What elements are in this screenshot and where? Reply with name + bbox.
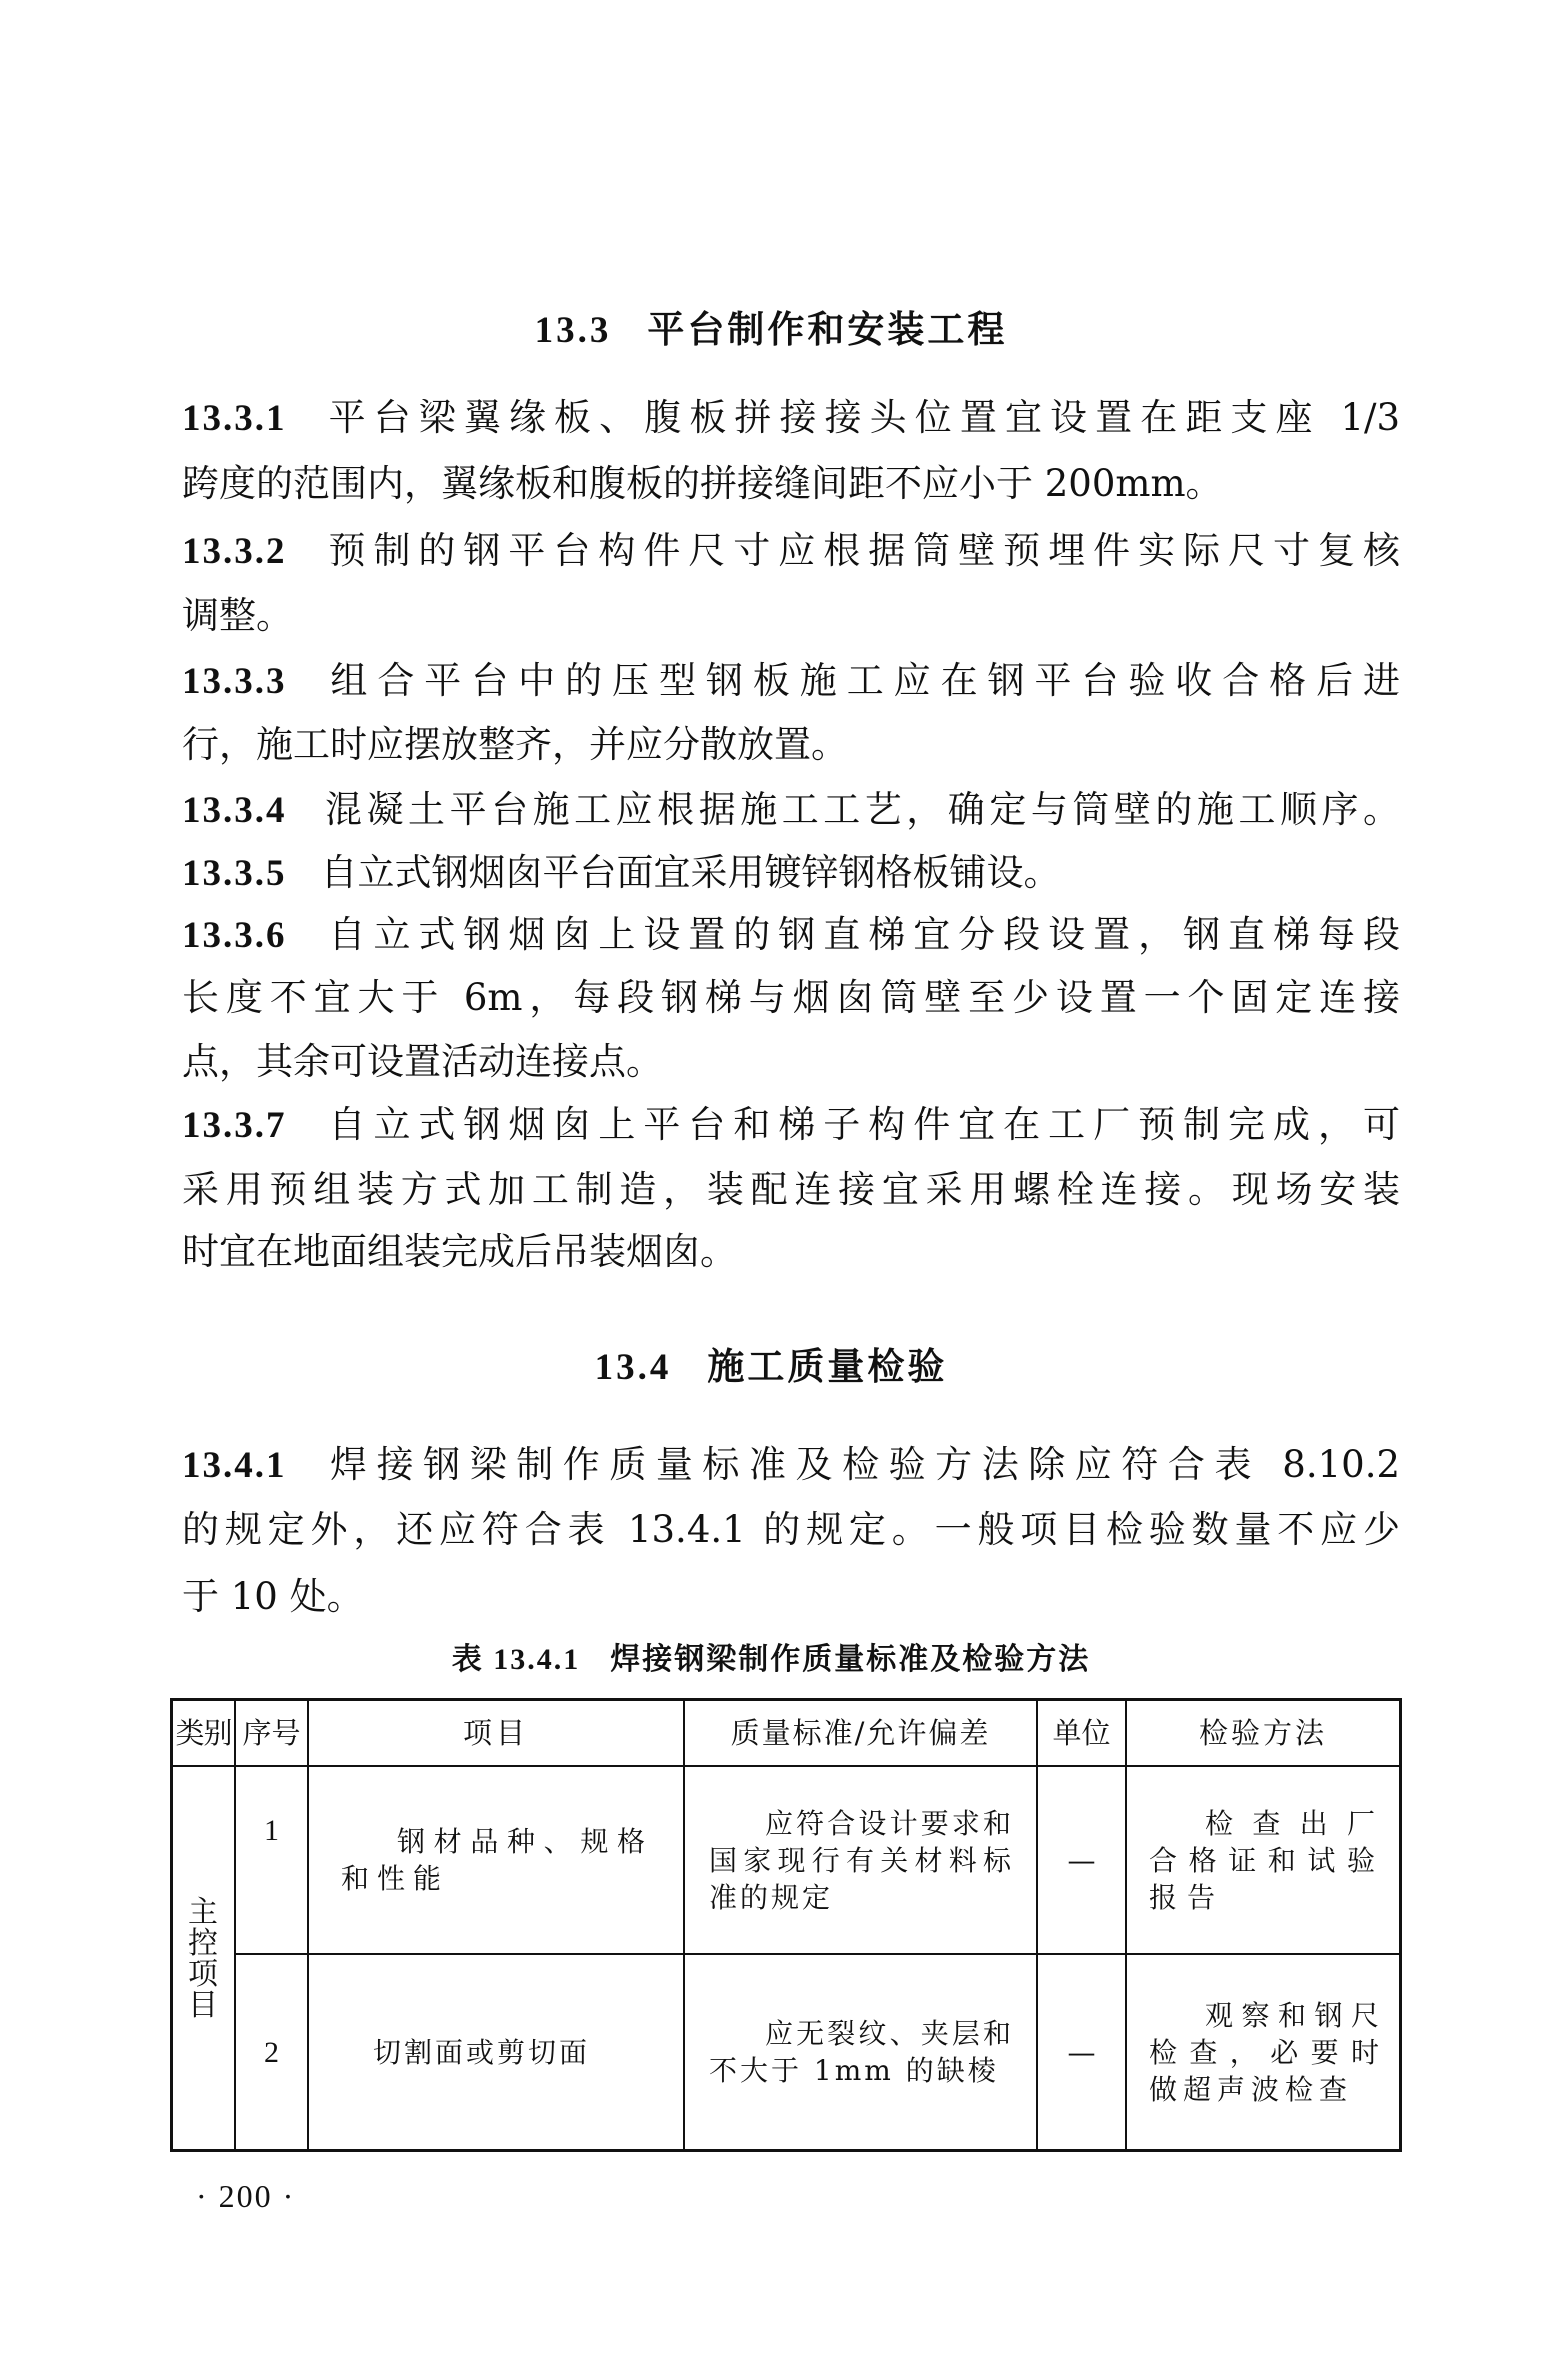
clause-13-3-3-line-2: 行，施工时应摆放整齐，并应分散放置。: [182, 720, 1400, 770]
clause-label: 13.3.4: [182, 790, 287, 831]
header-category: 类别: [173, 1701, 234, 1765]
row-2-method: 观察和钢尺检查，必要时做超声波检查: [1127, 1955, 1399, 2149]
clause-13-4-1-line-2: 的规定外，还应符合表 13.4.1 的规定。一般项目检验数量不应少: [182, 1505, 1400, 1555]
clause-13-3-6-line-1: 13.3.6自立式钢烟囱上设置的钢直梯宜分段设置，钢直梯每段: [182, 910, 1400, 960]
clause-label: 13.3.1: [182, 398, 287, 439]
row-2-standard: 应无裂纹、夹层和不大于 1mm 的缺棱: [685, 1955, 1036, 2149]
table-number: 表 13.4.1: [452, 1643, 581, 1676]
clause-13-3-6-line-3: 点，其余可设置活动连接点。: [182, 1037, 1400, 1087]
clause-13-3-2-line-1: 13.3.2预制的钢平台构件尺寸应根据筒壁预埋件实际尺寸复核: [182, 526, 1400, 576]
section-heading-13-3: 13.3平台制作和安装工程: [0, 305, 1542, 355]
row-1-method-text: 检查出厂合格证和试验报告: [1149, 1805, 1385, 1916]
clause-13-3-2-line-2: 调整。: [182, 591, 1400, 641]
quality-standard-table: 类别 序号 项目 质量标准/允许偏差 单位 检验方法 主控项目 1 钢材品种、规…: [170, 1698, 1402, 2152]
clause-13-3-7-line-3: 时宜在地面组装完成后吊装烟囱。: [182, 1227, 1400, 1277]
row-1-unit: —: [1038, 1767, 1125, 1953]
row-1-standard: 应符合设计要求和国家现行有关材料标准的规定: [685, 1767, 1036, 1953]
clause-13-3-5-line-1: 13.3.5自立式钢烟囱平台面宜采用镀锌钢格板铺设。: [182, 848, 1400, 898]
clause-13-3-3-line-1: 13.3.3组合平台中的压型钢板施工应在钢平台验收合格后进: [182, 656, 1400, 706]
table-caption: 表 13.4.1焊接钢梁制作质量标准及检验方法: [0, 1640, 1542, 1680]
clause-text: 自立式钢烟囱上设置的钢直梯宜分段设置，钢直梯每段: [321, 913, 1401, 956]
clause-13-3-7-line-2: 采用预组装方式加工制造，装配连接宜采用螺栓连接。现场安装: [182, 1165, 1400, 1215]
clause-text: 焊接钢梁制作质量标准及检验方法除应符合表 8.10.2: [321, 1443, 1401, 1486]
section-title: 平台制作和安装工程: [647, 308, 1007, 351]
clause-13-4-1-line-1: 13.4.1焊接钢梁制作质量标准及检验方法除应符合表 8.10.2: [182, 1440, 1400, 1490]
clause-text: 预制的钢平台构件尺寸应根据筒壁预埋件实际尺寸复核: [321, 529, 1401, 572]
row-1-item-text: 钢材品种、规格和性能: [341, 1823, 653, 1897]
clause-13-3-4-line-1: 13.3.4混凝土平台施工应根据施工工艺，确定与筒壁的施工顺序。: [182, 785, 1400, 835]
clause-label: 13.3.6: [182, 915, 287, 956]
clause-13-4-1-line-3: 于 10 处。: [182, 1572, 1400, 1622]
row-2-method-text: 观察和钢尺检查，必要时做超声波检查: [1149, 1997, 1385, 2108]
table-title: 焊接钢梁制作质量标准及检验方法: [610, 1642, 1090, 1677]
clause-13-3-1-line-2: 跨度的范围内，翼缘板和腹板的拼接缝间距不应小于 200mm。: [182, 459, 1400, 509]
clause-text: 平台梁翼缘板、腹板拼接接头位置宜设置在距支座 1/3: [321, 396, 1401, 439]
clause-text: 自立式钢烟囱平台面宜采用镀锌钢格板铺设。: [321, 851, 1061, 894]
section-number: 13.3: [535, 310, 612, 351]
row-1-item: 钢材品种、规格和性能: [309, 1767, 683, 1953]
row-1-method: 检查出厂合格证和试验报告: [1127, 1767, 1399, 1953]
clause-text: 混凝土平台施工应根据施工工艺，确定与筒壁的施工顺序。: [321, 788, 1401, 831]
section-number: 13.4: [595, 1347, 672, 1388]
clause-label: 13.3.2: [182, 531, 287, 572]
page-number: · 200 ·: [196, 2176, 295, 2216]
clause-13-3-1-line-1: 13.3.1平台梁翼缘板、腹板拼接接头位置宜设置在距支座 1/3: [182, 393, 1400, 443]
row-1-standard-text: 应符合设计要求和国家现行有关材料标准的规定: [709, 1805, 1014, 1916]
clause-label: 13.3.3: [182, 661, 287, 702]
row-2-seq: 2: [236, 1955, 307, 2149]
clause-text: 组合平台中的压型钢板施工应在钢平台验收合格后进: [321, 659, 1401, 702]
section-heading-13-4: 13.4施工质量检验: [0, 1342, 1542, 1392]
header-method: 检验方法: [1127, 1701, 1399, 1765]
section-title: 施工质量检验: [707, 1345, 947, 1388]
header-unit: 单位: [1038, 1701, 1125, 1765]
clause-label: 13.3.7: [182, 1105, 287, 1146]
row-2-unit: —: [1038, 1955, 1125, 2149]
row-1-seq: 1: [236, 1767, 307, 1953]
clause-label: 13.4.1: [182, 1445, 287, 1486]
clause-13-3-6-line-2: 长度不宜大于 6m，每段钢梯与烟囱筒壁至少设置一个固定连接: [182, 973, 1400, 1023]
clause-text: 自立式钢烟囱上平台和梯子构件宜在工厂预制完成，可: [321, 1103, 1401, 1146]
header-standard: 质量标准/允许偏差: [685, 1701, 1036, 1765]
row-2-standard-text: 应无裂纹、夹层和不大于 1mm 的缺棱: [709, 2015, 1014, 2089]
row-2-item: 切割面或剪切面: [309, 1955, 683, 2149]
clause-13-3-7-line-1: 13.3.7自立式钢烟囱上平台和梯子构件宜在工厂预制完成，可: [182, 1100, 1400, 1150]
category-main-control: 主控项目: [186, 1897, 220, 2021]
header-item: 项目: [309, 1701, 683, 1765]
clause-label: 13.3.5: [182, 853, 287, 894]
header-seq: 序号: [236, 1701, 307, 1765]
